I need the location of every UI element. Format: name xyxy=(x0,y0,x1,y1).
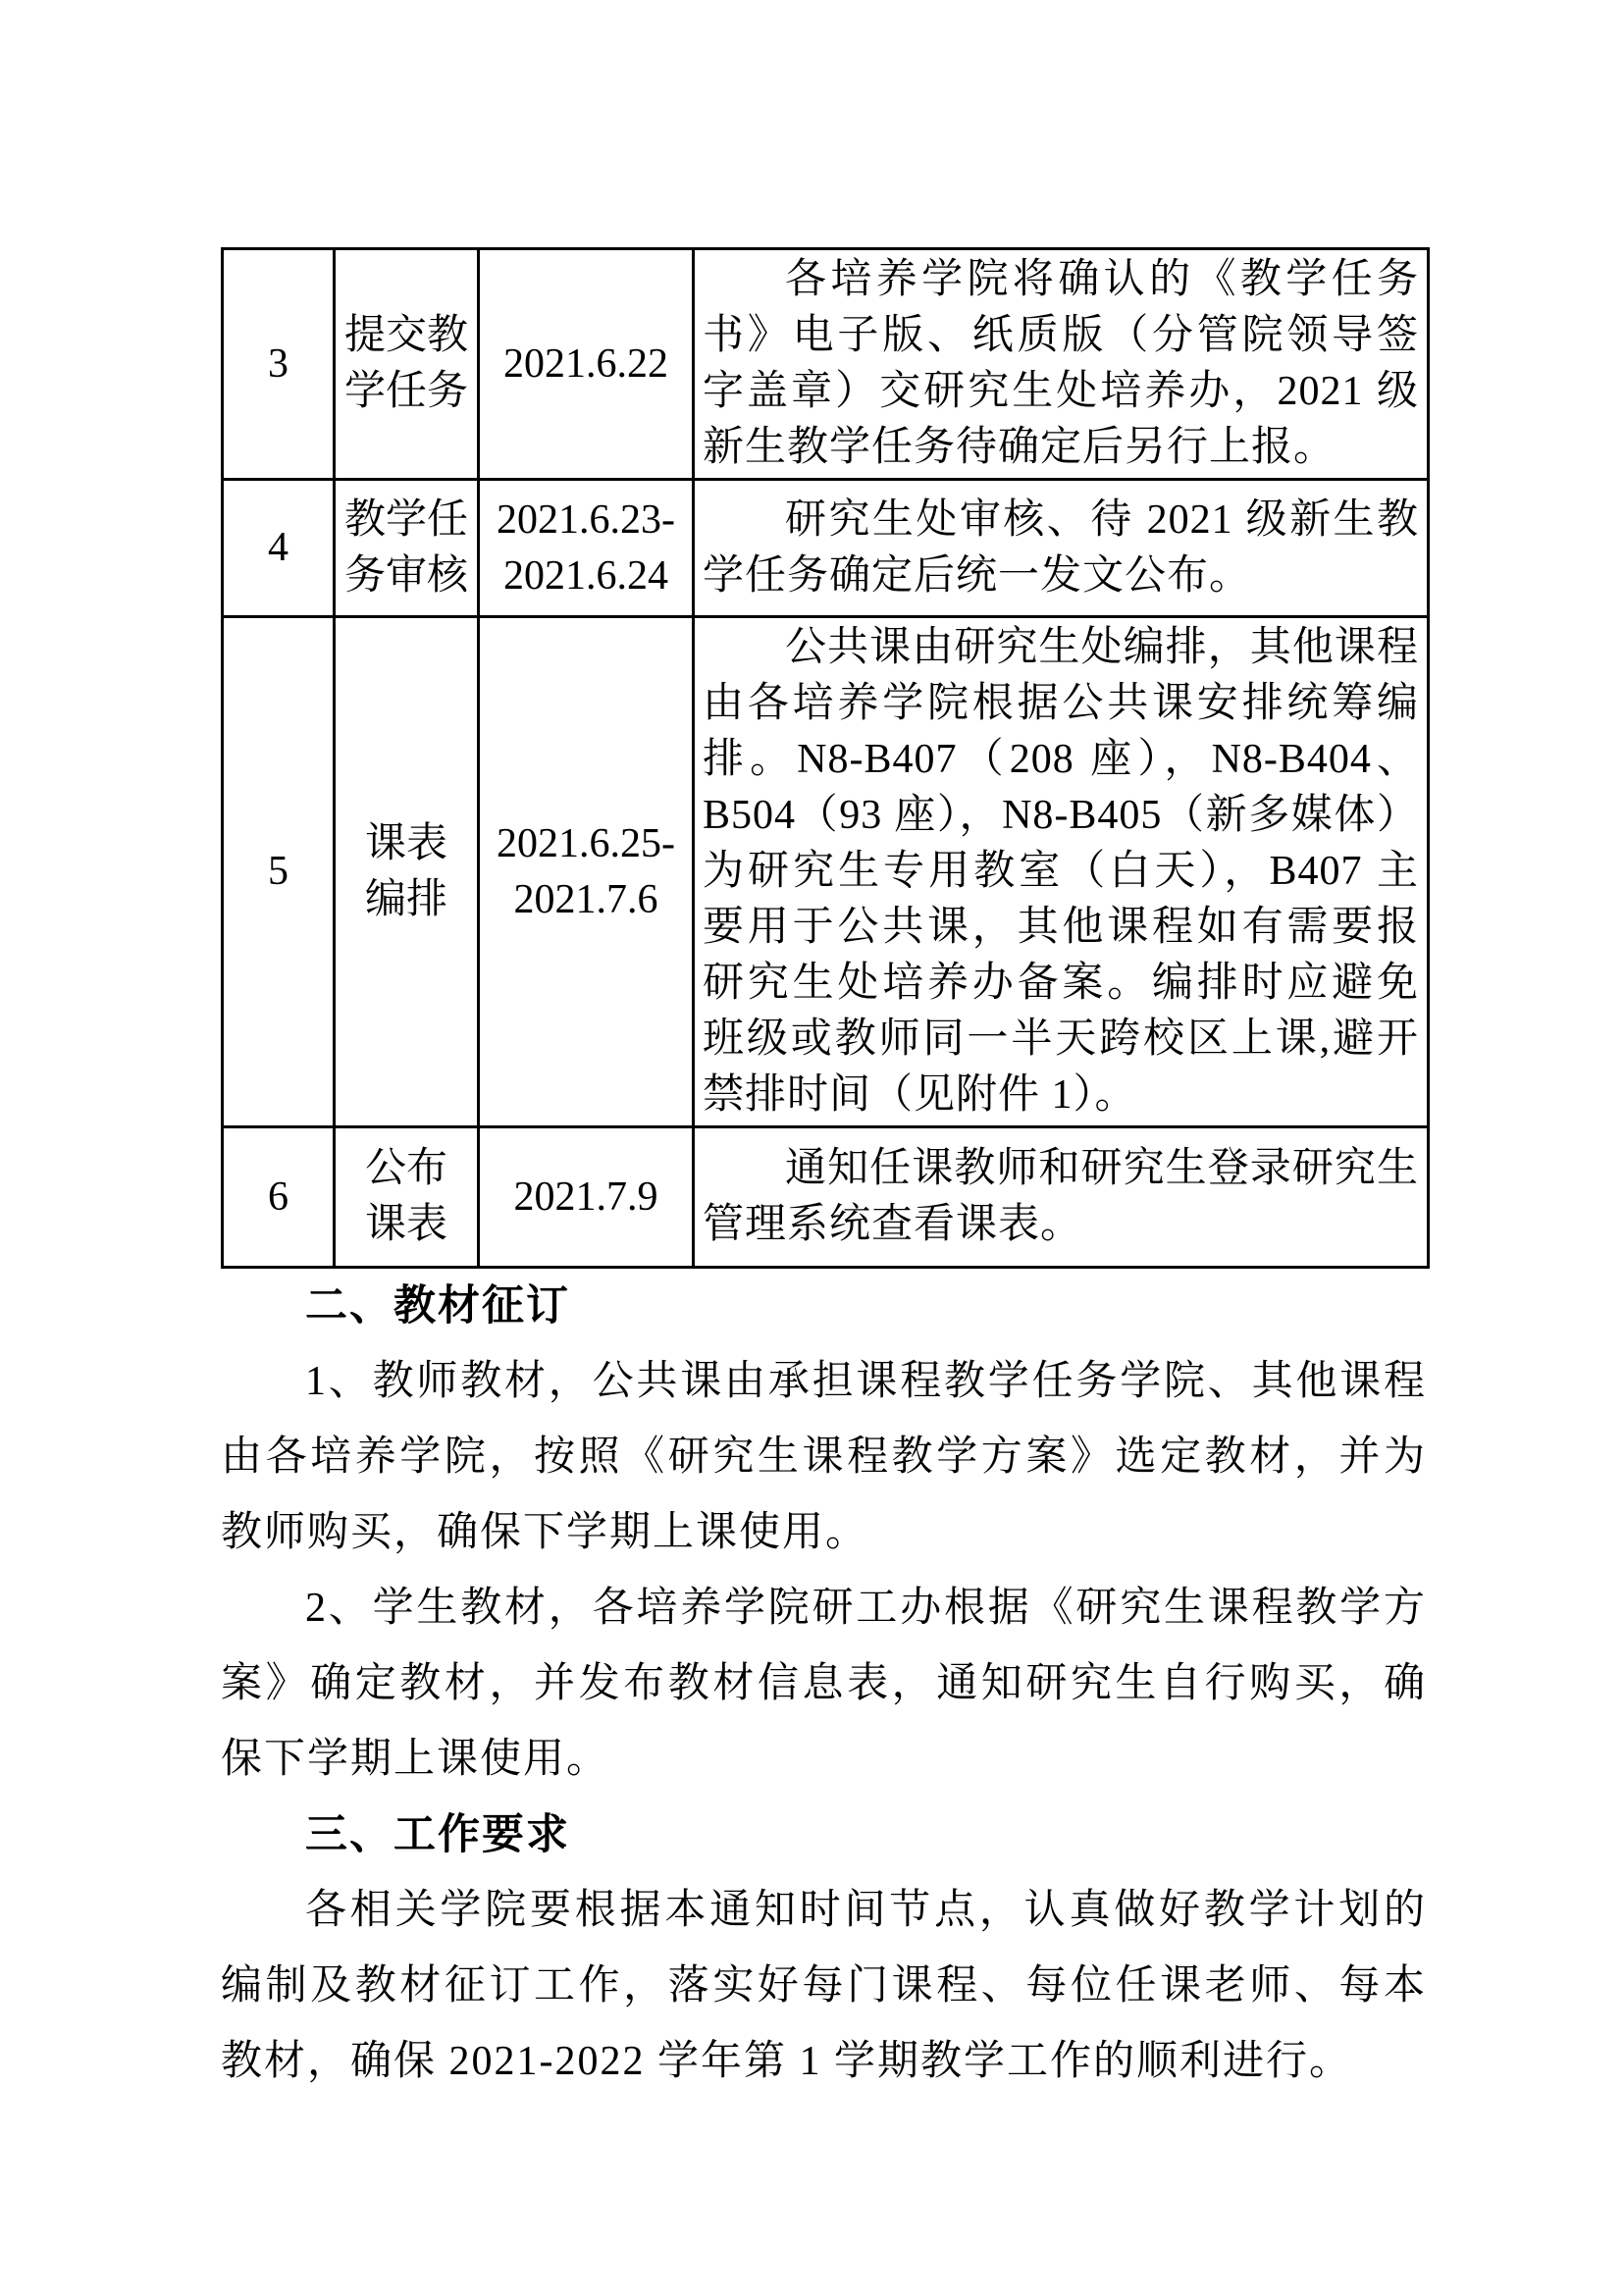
paragraph-teacher-textbooks: 1、教师教材，公共课由承担课程教学任务学院、其他课程由各培养学院，按照《研究生课… xyxy=(221,1344,1427,1571)
date-cell: 2021.6.23- 2021.6.24 xyxy=(479,480,694,617)
table-row: 4 教学任 务审核 2021.6.23- 2021.6.24 研究生处审核、待 … xyxy=(223,480,1429,617)
document-page: 3 提交教 学任务 2021.6.22 各培养学院将确认的《教学任务书》电子版、… xyxy=(0,0,1624,2295)
section-heading-work-requirements: 三、工作要求 xyxy=(221,1798,1427,1873)
description-cell: 研究生处审核、待 2021 级新生教学任务确定后统一发文公布。 xyxy=(694,480,1429,617)
row-number: 3 xyxy=(223,249,335,480)
date-cell: 2021.6.25- 2021.7.6 xyxy=(479,617,694,1127)
table-row: 3 提交教 学任务 2021.6.22 各培养学院将确认的《教学任务书》电子版、… xyxy=(223,249,1429,480)
table-row: 5 课表 编排 2021.6.25- 2021.7.6 公共课由研究生处编排，其… xyxy=(223,617,1429,1127)
section-heading-textbook-ordering: 二、教材征订 xyxy=(221,1269,1427,1344)
task-name-cell: 公布 课表 xyxy=(335,1127,479,1268)
task-name-cell: 提交教 学任务 xyxy=(335,249,479,480)
paragraph-work-requirements: 各相关学院要根据本通知时间节点，认真做好教学计划的编制及教材征订工作，落实好每门… xyxy=(221,1873,1427,2100)
description-cell: 公共课由研究生处编排，其他课程由各培养学院根据公共课安排统筹编排。N8-B407… xyxy=(694,617,1429,1127)
task-name-cell: 教学任 务审核 xyxy=(335,480,479,617)
description-cell: 各培养学院将确认的《教学任务书》电子版、纸质版（分管院领导签字盖章）交研究生处培… xyxy=(694,249,1429,480)
task-name-cell: 课表 编排 xyxy=(335,617,479,1127)
row-number: 4 xyxy=(223,480,335,617)
description-cell: 通知任课教师和研究生登录研究生管理系统查看课表。 xyxy=(694,1127,1429,1268)
table-row: 6 公布 课表 2021.7.9 通知任课教师和研究生登录研究生管理系统查看课表… xyxy=(223,1127,1429,1268)
row-number: 5 xyxy=(223,617,335,1127)
row-number: 6 xyxy=(223,1127,335,1268)
paragraph-student-textbooks: 2、学生教材，各培养学院研工办根据《研究生课程教学方案》确定教材，并发布教材信息… xyxy=(221,1571,1427,1798)
document-content: 3 提交教 学任务 2021.6.22 各培养学院将确认的《教学任务书》电子版、… xyxy=(221,247,1427,2100)
schedule-table: 3 提交教 学任务 2021.6.22 各培养学院将确认的《教学任务书》电子版、… xyxy=(221,247,1430,1269)
date-cell: 2021.6.22 xyxy=(479,249,694,480)
date-cell: 2021.7.9 xyxy=(479,1127,694,1268)
